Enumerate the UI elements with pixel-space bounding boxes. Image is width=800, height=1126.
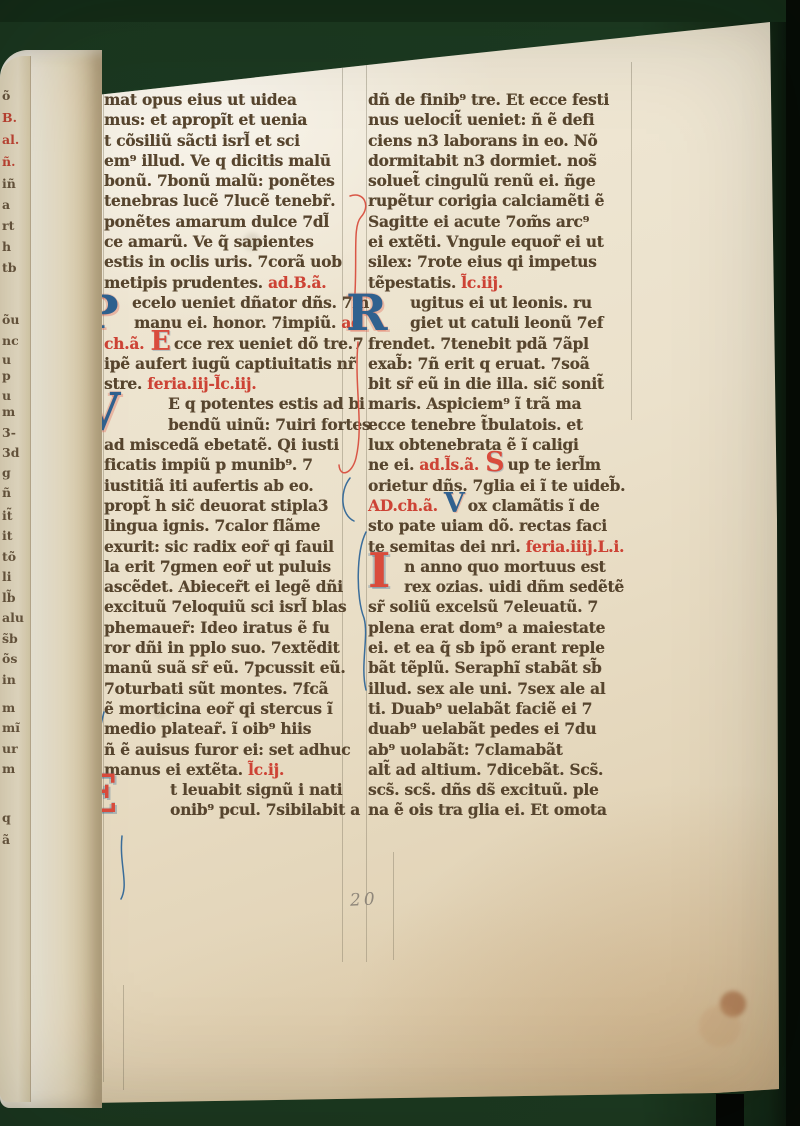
photo-edge-strip <box>786 0 800 1126</box>
stain <box>263 59 273 69</box>
body-text: illud. sex ale uni. 7sex ale al <box>368 680 605 698</box>
text-line: metipis prudentes. ad.B.ã. <box>104 273 346 293</box>
text-line: silex: 7rote eius qi impetus <box>368 252 632 272</box>
text-line: tẽpestatis. l̃c.iij. <box>368 273 632 293</box>
body-text: phemauer̃: Ideo iratus ẽ fu <box>104 619 330 637</box>
text-line: t cõsiliũ sãcti isrl̃ et sci <box>104 131 346 151</box>
body-text: ascẽdet. Abiecer̃t ei legẽ dñi <box>104 578 343 596</box>
text-line: em⁹ illud. Ve q dicitis malū <box>104 151 346 171</box>
gutter-fragment: s̃b <box>2 631 18 646</box>
gutter-fragment: p <box>2 368 11 383</box>
body-text: bonũ. 7bonũ malũ: ponẽtes <box>104 172 335 190</box>
gutter-fragment: ã <box>2 832 10 847</box>
body-text: E q potentes estis ad bi <box>168 395 365 413</box>
pen-flourish <box>350 195 366 293</box>
gutter-fragment: al. <box>2 132 19 147</box>
text-line: plena erat dom⁹ a maiestate <box>368 618 632 638</box>
rubric-text: feria.iij-l̃c.iij. <box>147 375 256 393</box>
text-line: manu ei. honor. 7impiũ. ad <box>104 313 346 333</box>
body-text: ciens n3 laborans in eo. Nõ <box>368 132 597 150</box>
body-text: na ẽ ois tra glia ei. Et omota <box>368 801 607 819</box>
stain <box>202 56 210 64</box>
body-text: 7oturbati sũt montes. 7fcã <box>104 680 328 698</box>
text-line: scs̃. scs̃. dñs ds̃ excituũ. ple <box>368 780 632 800</box>
gutter-fragment: u <box>2 388 11 403</box>
inline-initial: V <box>444 497 465 511</box>
ruling-line <box>393 852 394 960</box>
gutter-fragment: ñ. <box>2 154 15 169</box>
gutter-fragment: ñ <box>2 485 11 500</box>
inline-initial: E <box>150 335 170 349</box>
gutter-fragment: tb <box>2 260 17 275</box>
body-text: rupẽtur corigia calciamẽti ẽ <box>368 192 604 210</box>
body-text: cce rex ueniet dõ tre.7 <box>174 335 363 353</box>
text-line: ipẽ aufert iugũ captiuitatis nr̃ <box>104 354 346 374</box>
text-line: nus uelocit̃ ueniet: ñ ẽ defi <box>368 110 632 130</box>
text-line: ecelo ueniet dñator dñs. 7in <box>104 293 346 313</box>
gutter-fragment: m <box>2 404 15 419</box>
text-line: ecce tenebre t̃bulatois. et <box>368 415 632 435</box>
inline-initial: S <box>485 456 504 470</box>
text-line: alt̃ ad altium. 7dicebãt. Scs̃. <box>368 760 632 780</box>
text-line: manus ei extẽta. l̃c.ij. <box>104 760 346 780</box>
text-column-left: mat opus eius ut uideamus: et apropĩt et… <box>104 90 346 821</box>
gutter-text-fragments: õB.al.ñ.iñarthtbõuncupum3-3dgñit̃ittõlil… <box>0 56 31 1102</box>
body-text: mus: et apropĩt et uenia <box>104 111 307 129</box>
manuscript-photo: mat opus eius ut uideamus: et apropĩt et… <box>0 0 800 1126</box>
gutter-fragment: iñ <box>2 176 16 191</box>
text-line: soluet̃ cingulũ renũ ei. ñge <box>368 171 632 191</box>
gutter-fragment: ur <box>2 741 18 756</box>
text-line: ne ei. ad.l̃s.ã. Sup te ierl̃m <box>368 455 632 475</box>
text-line: ugitus ei ut leonis. ru <box>368 293 632 313</box>
ruling-line <box>366 62 367 962</box>
text-line: ti. Duab⁹ uelabãt faciẽ ei 7 <box>368 699 632 719</box>
gutter-fragment: rt <box>2 218 14 233</box>
text-line: na ẽ ois tra glia ei. Et omota <box>368 800 632 820</box>
body-text: ẽ morticina eor̃ qi stercus ĩ <box>104 700 333 718</box>
text-line: ñ ẽ auisus furor ei: set adhuc <box>104 740 346 760</box>
text-line: bonũ. 7bonũ malũ: ponẽtes <box>104 171 346 191</box>
body-text: excituũ 7eloquiũ sci isrl̃ blas <box>104 598 346 616</box>
body-text: ñ ẽ auisus furor ei: set adhuc <box>104 741 350 759</box>
gutter-fragment: 3- <box>2 425 16 440</box>
body-text: ror dñi in pplo suo. 7extẽdit <box>104 639 339 657</box>
manuscript-page: mat opus eius ut uideamus: et apropĩt et… <box>0 0 800 1126</box>
body-text: plena erat dom⁹ a maiestate <box>368 619 605 637</box>
pen-flourish <box>358 532 366 690</box>
body-text: rex ozias. uidi dñm sedẽtẽ <box>404 578 624 596</box>
text-line: phemauer̃: Ideo iratus ẽ fu <box>104 618 346 638</box>
text-line: bit sr̃ eũ in die illa. sic̃ sonit̃ <box>368 374 632 394</box>
body-text: bendũ uinũ: 7uiri fortes <box>168 416 370 434</box>
text-line: ascẽdet. Abiecer̃t ei legẽ dñi <box>104 577 346 597</box>
text-line: Sagitte ei acute 7om̃s arc⁹ <box>368 212 632 232</box>
text-line: sr̃ soliũ excelsũ 7eleuatũ. 7 <box>368 597 632 617</box>
gutter-fragment: nc <box>2 333 19 348</box>
rubric-text: l̃c.ij. <box>248 761 284 779</box>
body-text: medio platear̃. ĩ oib⁹ hiis <box>104 720 311 738</box>
body-text: scs̃. scs̃. dñs ds̃ excituũ. ple <box>368 781 599 799</box>
text-line: ce amarũ. Ve q̃ sapientes <box>104 232 346 252</box>
body-text: sr̃ soliũ excelsũ 7eleuatũ. 7 <box>368 598 598 616</box>
body-text: alt̃ ad altium. 7dicebãt. Scs̃. <box>368 761 603 779</box>
body-text: ecelo ueniet dñator dñs. 7in <box>132 294 369 312</box>
body-text: frendet. 7tenebit pdã 7ãpl <box>368 335 589 353</box>
body-text: duab⁹ uelabãt pedes ei 7du <box>368 720 596 738</box>
gutter-fragment: õs <box>2 651 17 666</box>
body-text: ipẽ aufert iugũ captiuitatis nr̃ <box>104 355 356 373</box>
body-text: exurit: sic radix eor̃ qi fauil <box>104 538 334 556</box>
rubric-text: l̃c.iij. <box>461 274 503 292</box>
body-text: bãt tẽplũ. Seraphĩ stabãt sb̃ <box>368 659 602 677</box>
text-line: medio platear̃. ĩ oib⁹ hiis <box>104 719 346 739</box>
text-line: ch.ã. Ecce rex ueniet dõ tre.7 <box>104 334 346 354</box>
text-line: AD.ch.ã. Vox clamãtis ĩ de <box>368 496 632 516</box>
text-line: giet ut catuli leonũ 7ef <box>368 313 632 333</box>
text-line: rex ozias. uidi dñm sedẽtẽ <box>368 577 632 597</box>
body-text: ei. et ea q̃ sb ipõ erant reple <box>368 639 605 657</box>
text-line: stre. feria.iij-l̃c.iij. <box>104 374 346 394</box>
text-line: ei. et ea q̃ sb ipõ erant reple <box>368 638 632 658</box>
stain <box>699 1005 741 1047</box>
body-text: sto pate uiam dõ. rectas faci <box>368 517 607 535</box>
body-text: Sagitte ei acute 7om̃s arc⁹ <box>368 213 589 231</box>
text-line: orietur dñs. 7glia ei ĩ te uideb̃. <box>368 476 632 496</box>
gutter-fragment: mĩ <box>2 720 20 735</box>
gutter-fragment: B. <box>2 110 17 125</box>
body-text: onib⁹ pcul. 7sibilabit a <box>170 801 360 819</box>
body-text: tenebras lucẽ 7lucẽ tenebr̃. <box>104 192 335 210</box>
gutter-fragment: a <box>2 197 10 212</box>
text-line: ad miscedã ebetatẽ. Qi iusti <box>104 435 346 455</box>
body-text: ce amarũ. Ve q̃ sapientes <box>104 233 314 251</box>
body-text: up te ierl̃m <box>507 456 600 474</box>
ruling-line <box>123 985 124 1090</box>
gutter-fragment: m <box>2 761 15 776</box>
body-text: n anno quo mortuus est <box>404 558 605 576</box>
text-line: ei extẽti. Vngule equor̃ ei ut <box>368 232 632 252</box>
body-text: dñ de finib⁹ tre. Et ecce festi <box>368 91 609 109</box>
text-line: ponẽtes amarum dulce 7dl̃ <box>104 212 346 232</box>
body-text: exab̃: 7ñ erit q eruat. 7soã <box>368 355 589 373</box>
folio-number: 20 <box>349 889 378 910</box>
body-text: dormitabit n3 dormiet. nos̃ <box>368 152 597 170</box>
body-text: propt̃ h sic̃ deuorat stipla3 <box>104 497 328 515</box>
body-text: mat opus eius ut uidea <box>104 91 297 109</box>
gutter-fragment: lb̃ <box>2 590 16 605</box>
text-line: ror dñi in pplo suo. 7extẽdit <box>104 638 346 658</box>
pen-flourish <box>121 836 124 899</box>
body-text: orietur dñs. 7glia ei ĩ te uideb̃. <box>368 477 625 495</box>
body-text: manus ei extẽta. <box>104 761 248 779</box>
gutter-fragment: tõ <box>2 549 16 564</box>
body-text: maris. Aspiciem⁹ ĩ trã ma <box>368 395 581 413</box>
body-text: silex: 7rote eius qi impetus <box>368 253 597 271</box>
text-line: t leuabit signũ i nati <box>104 780 346 800</box>
body-text: ecce tenebre t̃bulatois. et <box>368 416 583 434</box>
gutter-fragment: in <box>2 672 16 687</box>
text-line: E q potentes estis ad bi <box>104 394 346 414</box>
gutter-fragment: q <box>2 810 11 825</box>
body-text: bit sr̃ eũ in die illa. sic̃ sonit̃ <box>368 375 604 393</box>
text-line: mus: et apropĩt et uenia <box>104 110 346 130</box>
body-text: ti. Duab⁹ uelabãt faciẽ ei 7 <box>368 700 592 718</box>
body-text: ei extẽti. Vngule equor̃ ei ut <box>368 233 604 251</box>
text-line: rupẽtur corigia calciamẽti ẽ <box>368 191 632 211</box>
text-line: 7oturbati sũt montes. 7fcã <box>104 679 346 699</box>
gutter-fragment: õ <box>2 88 10 103</box>
text-line: excituũ 7eloquiũ sci isrl̃ blas <box>104 597 346 617</box>
body-text: em⁹ illud. Ve q dicitis malū <box>104 152 331 170</box>
body-text: lux obtenebrata ẽ ĩ caligi <box>368 436 579 454</box>
gutter-fragment: m <box>2 700 15 715</box>
body-text: la erit 7gmen eor̃ ut puluis <box>104 558 331 576</box>
text-line: iustitiã iti aufertis ab eo. <box>104 476 346 496</box>
previous-page-edge: õB.al.ñ.iñarthtbõuncupum3-3dgñit̃ittõlil… <box>0 50 102 1108</box>
text-line: n anno quo mortuus est <box>368 557 632 577</box>
text-line: ciens n3 laborans in eo. Nõ <box>368 131 632 151</box>
text-line: dñ de finib⁹ tre. Et ecce festi <box>368 90 632 110</box>
text-line: duab⁹ uelabãt pedes ei 7du <box>368 719 632 739</box>
gutter-fragment: alu <box>2 610 24 625</box>
text-line: bendũ uinũ: 7uiri fortes <box>104 415 346 435</box>
text-line: dormitabit n3 dormiet. nos̃ <box>368 151 632 171</box>
text-line: maris. Aspiciem⁹ ĩ trã ma <box>368 394 632 414</box>
text-line: tenebras lucẽ 7lucẽ tenebr̃. <box>104 191 346 211</box>
body-text: ficatis impiũ p munib⁹. 7 <box>104 456 313 474</box>
rubric-text: AD.ch.ã. <box>368 497 443 515</box>
text-line: bãt tẽplũ. Seraphĩ stabãt sb̃ <box>368 658 632 678</box>
text-line: te semitas dei nri. feria.iiij.L.i. <box>368 537 632 557</box>
text-line: onib⁹ pcul. 7sibilabit a <box>104 800 346 820</box>
body-text: giet ut catuli leonũ 7ef <box>410 314 603 332</box>
text-line: estis in oclis uris. 7corã uob <box>104 252 346 272</box>
body-text: lingua ignis. 7calor flãme <box>104 517 320 535</box>
text-line: ẽ morticina eor̃ qi stercus ĩ <box>104 699 346 719</box>
text-line: ficatis impiũ p munib⁹. 7 <box>104 455 346 475</box>
body-text: ne ei. <box>368 456 419 474</box>
gutter-fragment: it̃ <box>2 508 13 523</box>
text-line: frendet. 7tenebit pdã 7ãpl <box>368 334 632 354</box>
body-text: manũ suã sr̃ eũ. 7pcussit eũ. <box>104 659 345 677</box>
text-line: sto pate uiam dõ. rectas faci <box>368 516 632 536</box>
body-text: ox clamãtis ĩ de <box>468 497 600 515</box>
text-line: mat opus eius ut uidea <box>104 90 346 110</box>
gutter-fragment: u <box>2 352 11 367</box>
rubric-text: feria.iiij.L.i. <box>526 538 625 556</box>
text-line: propt̃ h sic̃ deuorat stipla3 <box>104 496 346 516</box>
text-line: ab⁹ uolabãt: 7clamabãt <box>368 740 632 760</box>
body-text: t leuabit signũ i nati <box>170 781 342 799</box>
body-text: te semitas dei nri. <box>368 538 526 556</box>
body-text: iustitiã iti aufertis ab eo. <box>104 477 313 495</box>
rubric-text: ad.l̃s.ã. <box>419 456 484 474</box>
text-line: lingua ignis. 7calor flãme <box>104 516 346 536</box>
gutter-fragment: g <box>2 465 11 480</box>
body-text: ad miscedã ebetatẽ. Qi iusti <box>104 436 339 454</box>
text-line: manũ suã sr̃ eũ. 7pcussit eũ. <box>104 658 346 678</box>
rubric-text: ad.B.ã. <box>268 274 326 292</box>
text-line: exurit: sic radix eor̃ qi fauil <box>104 537 346 557</box>
text-line: illud. sex ale uni. 7sex ale al <box>368 679 632 699</box>
text-line: exab̃: 7ñ erit q eruat. 7soã <box>368 354 632 374</box>
body-text: soluet̃ cingulũ renũ ei. ñge <box>368 172 595 190</box>
body-text: ugitus ei ut leonis. ru <box>410 294 592 312</box>
text-line: la erit 7gmen eor̃ ut puluis <box>104 557 346 577</box>
gutter-fragment: õu <box>2 312 19 327</box>
gutter-fragment: li <box>2 569 12 584</box>
body-text: ponẽtes amarum dulce 7dl̃ <box>104 213 329 231</box>
body-text: ab⁹ uolabãt: 7clamabãt <box>368 741 563 759</box>
body-text: t cõsiliũ sãcti isrl̃ et sci <box>104 132 300 150</box>
text-column-right: dñ de finib⁹ tre. Et ecce festinus ueloc… <box>368 90 632 821</box>
drop-initial: R <box>346 290 388 335</box>
body-text: estis in oclis uris. 7corã uob <box>104 253 342 271</box>
binding-tab <box>716 1094 744 1126</box>
body-text: metipis prudentes. <box>104 274 268 292</box>
gutter-fragment: 3d <box>2 445 19 460</box>
gutter-fragment: h <box>2 239 11 254</box>
drop-initial: I <box>368 550 390 593</box>
gutter-fragment: it <box>2 528 13 543</box>
body-text: nus uelocit̃ ueniet: ñ ẽ defi <box>368 111 594 129</box>
